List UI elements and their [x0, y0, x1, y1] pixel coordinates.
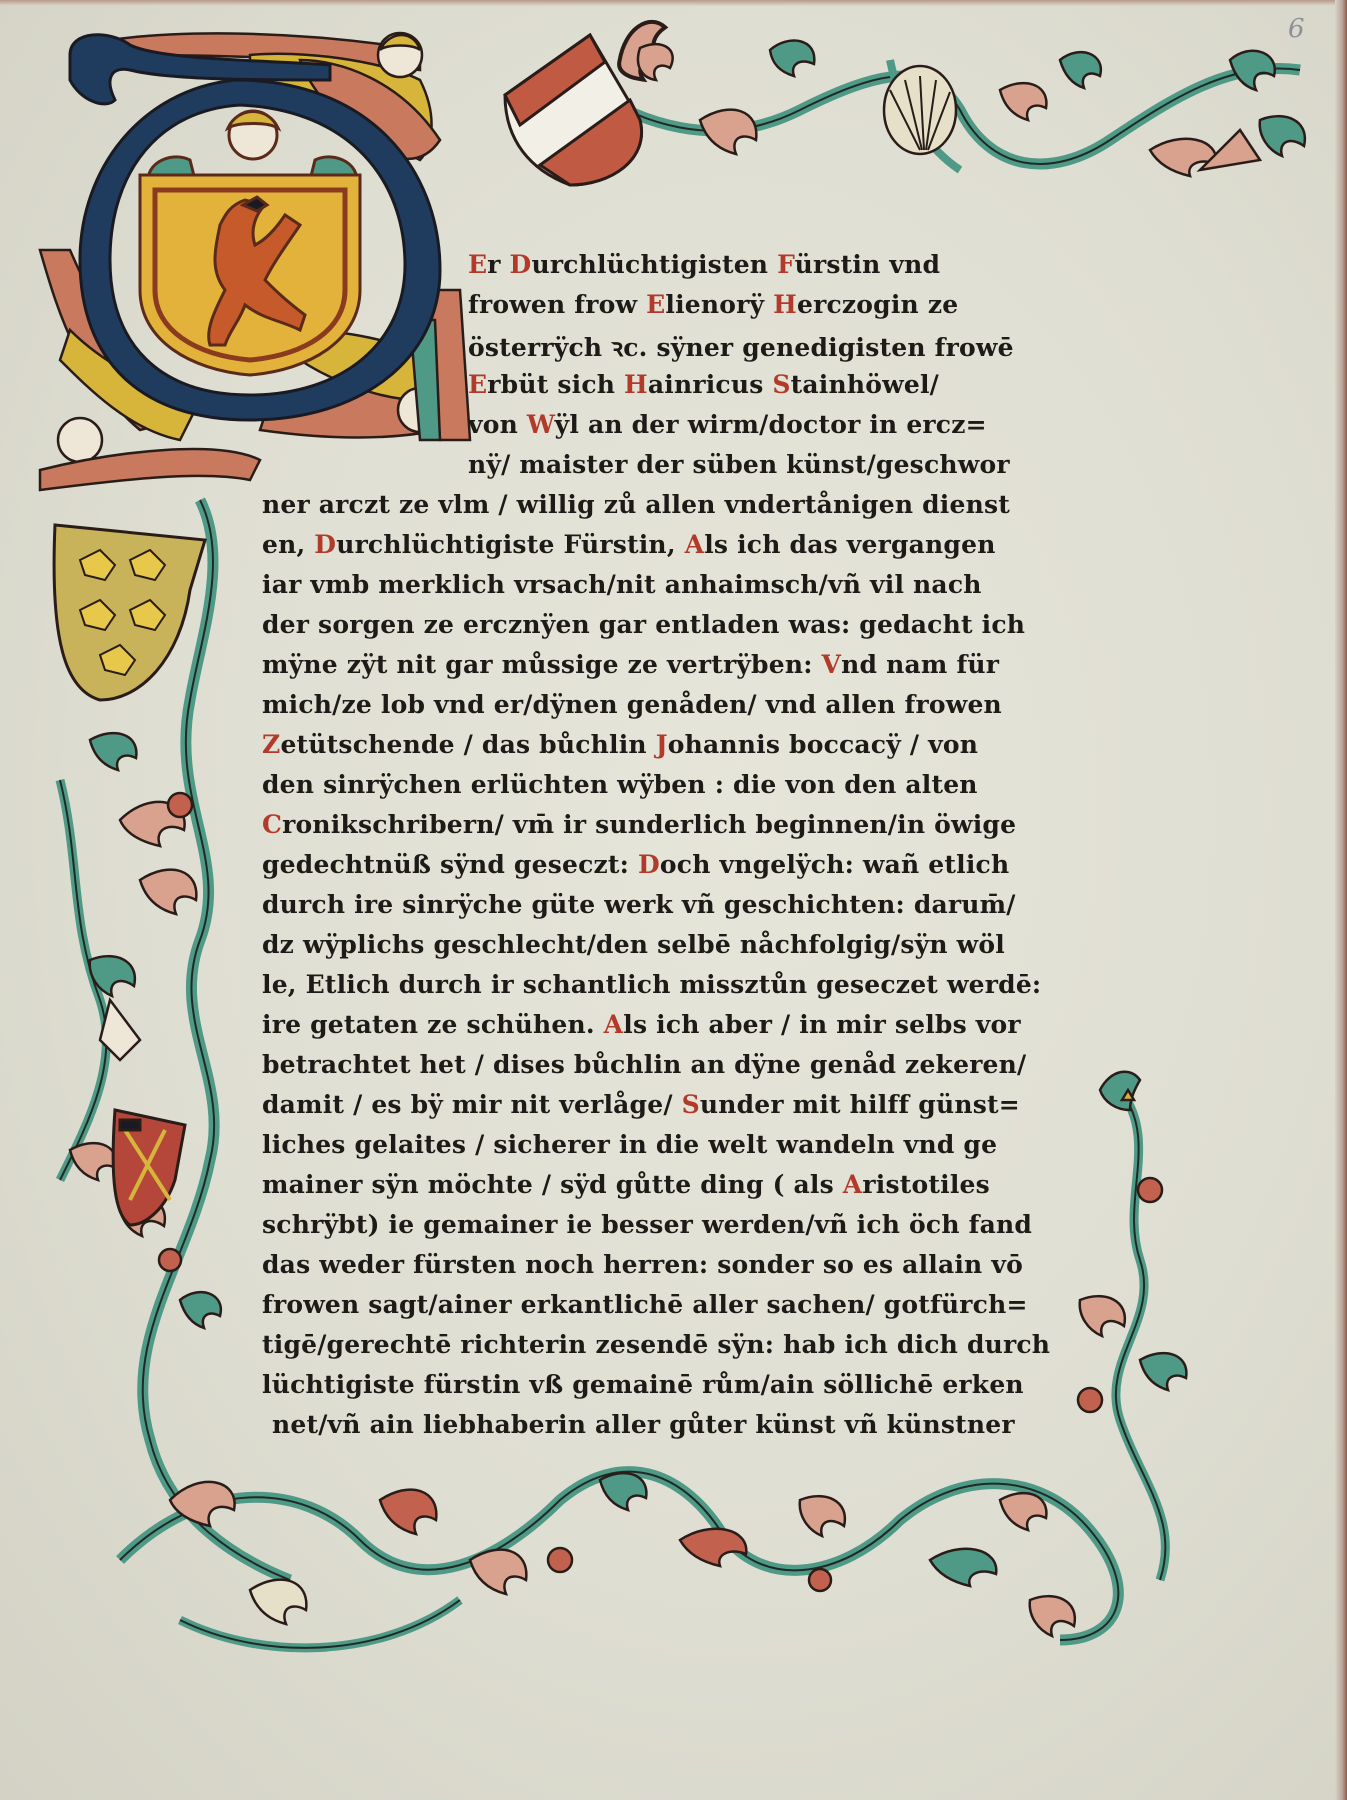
eagles-shield — [54, 525, 205, 700]
text-line: net/vñ ain liebhaberin aller gůter künst… — [272, 1410, 1015, 1439]
text-line: le, Etlich durch ir schantlich missztůn … — [262, 970, 1041, 999]
text-line: nÿ/ maister der süben künst/geschwor — [468, 450, 1010, 479]
text-line: en, Durchlüchtigiste Fürstin, Als ich da… — [262, 530, 996, 559]
text-line: von Wÿl an der wirm/doctor in ercz= — [468, 410, 987, 439]
text-line: mÿne zÿt nit gar můssige ze vertrÿben: V… — [262, 650, 999, 679]
text-line: der sorgen ze ercznÿen gar entladen was:… — [262, 610, 1025, 639]
text-line: Zetütschende / das bůchlin Johannis bocc… — [262, 730, 978, 759]
right-vine — [1116, 1090, 1166, 1580]
text-line: ner arczt ze vlm / willig zů allen vnder… — [262, 490, 1010, 519]
text-line: iar vmb merklich vrsach/nit anhaimsch/vñ… — [262, 570, 982, 599]
text-line: frowen sagt/ainer erkantlichē aller sach… — [262, 1290, 1028, 1319]
book-page: 6 — [0, 0, 1347, 1800]
scotland-shield — [140, 111, 360, 375]
text-line: mich/ze lob vnd er/dÿnen genåden/ vnd al… — [262, 690, 1002, 719]
text-line: österrÿch ꝛc. sÿner genedigisten frowē — [468, 330, 1014, 364]
text-line: damit / es bÿ mir nit verlåge/ Sunder mi… — [262, 1090, 1020, 1119]
text-line: tigē/gerechtē richterin zesendē sÿn: hab… — [262, 1330, 1050, 1359]
text-line: Cronikschribern/ vm̄ ir sunderlich begin… — [262, 810, 1016, 839]
text-line: schrÿbt) ie gemainer ie besser werden/vñ… — [262, 1210, 1032, 1239]
text-line: liches gelaites / sicherer in die welt w… — [262, 1130, 997, 1159]
text-line: den sinrÿchen erlüchten wÿben : die von … — [262, 770, 978, 799]
text-line: dz wÿplichs geschlecht/den selbē nåchfol… — [262, 930, 1005, 959]
text-line: durch ire sinrÿche güte werk vñ geschich… — [262, 890, 1016, 919]
text-line: gedechtnüß sÿnd geseczt: Doch vngelÿch: … — [262, 850, 1009, 879]
text-line: ire getaten ze schühen. Als ich aber / i… — [262, 1010, 1021, 1039]
text-line: das weder fürsten noch herren: sonder so… — [262, 1250, 1023, 1279]
text-line: mainer sÿn möchte / sÿd gůtte ding ( als… — [262, 1170, 990, 1199]
text-line: frowen frow Elienorÿ Herczogin ze — [468, 290, 958, 319]
tools-shield — [113, 1110, 185, 1225]
text-line: Er Durchlüchtigisten Fürstin vnd — [468, 250, 940, 279]
text-line: lüchtigiste fürstin vß gemainē rům/ain s… — [262, 1370, 1024, 1399]
text-line: Erbüt sich Hainricus Stainhöwel/ — [468, 370, 939, 399]
text-line: betrachtet het / dises bůchlin an dÿne g… — [262, 1050, 1026, 1079]
